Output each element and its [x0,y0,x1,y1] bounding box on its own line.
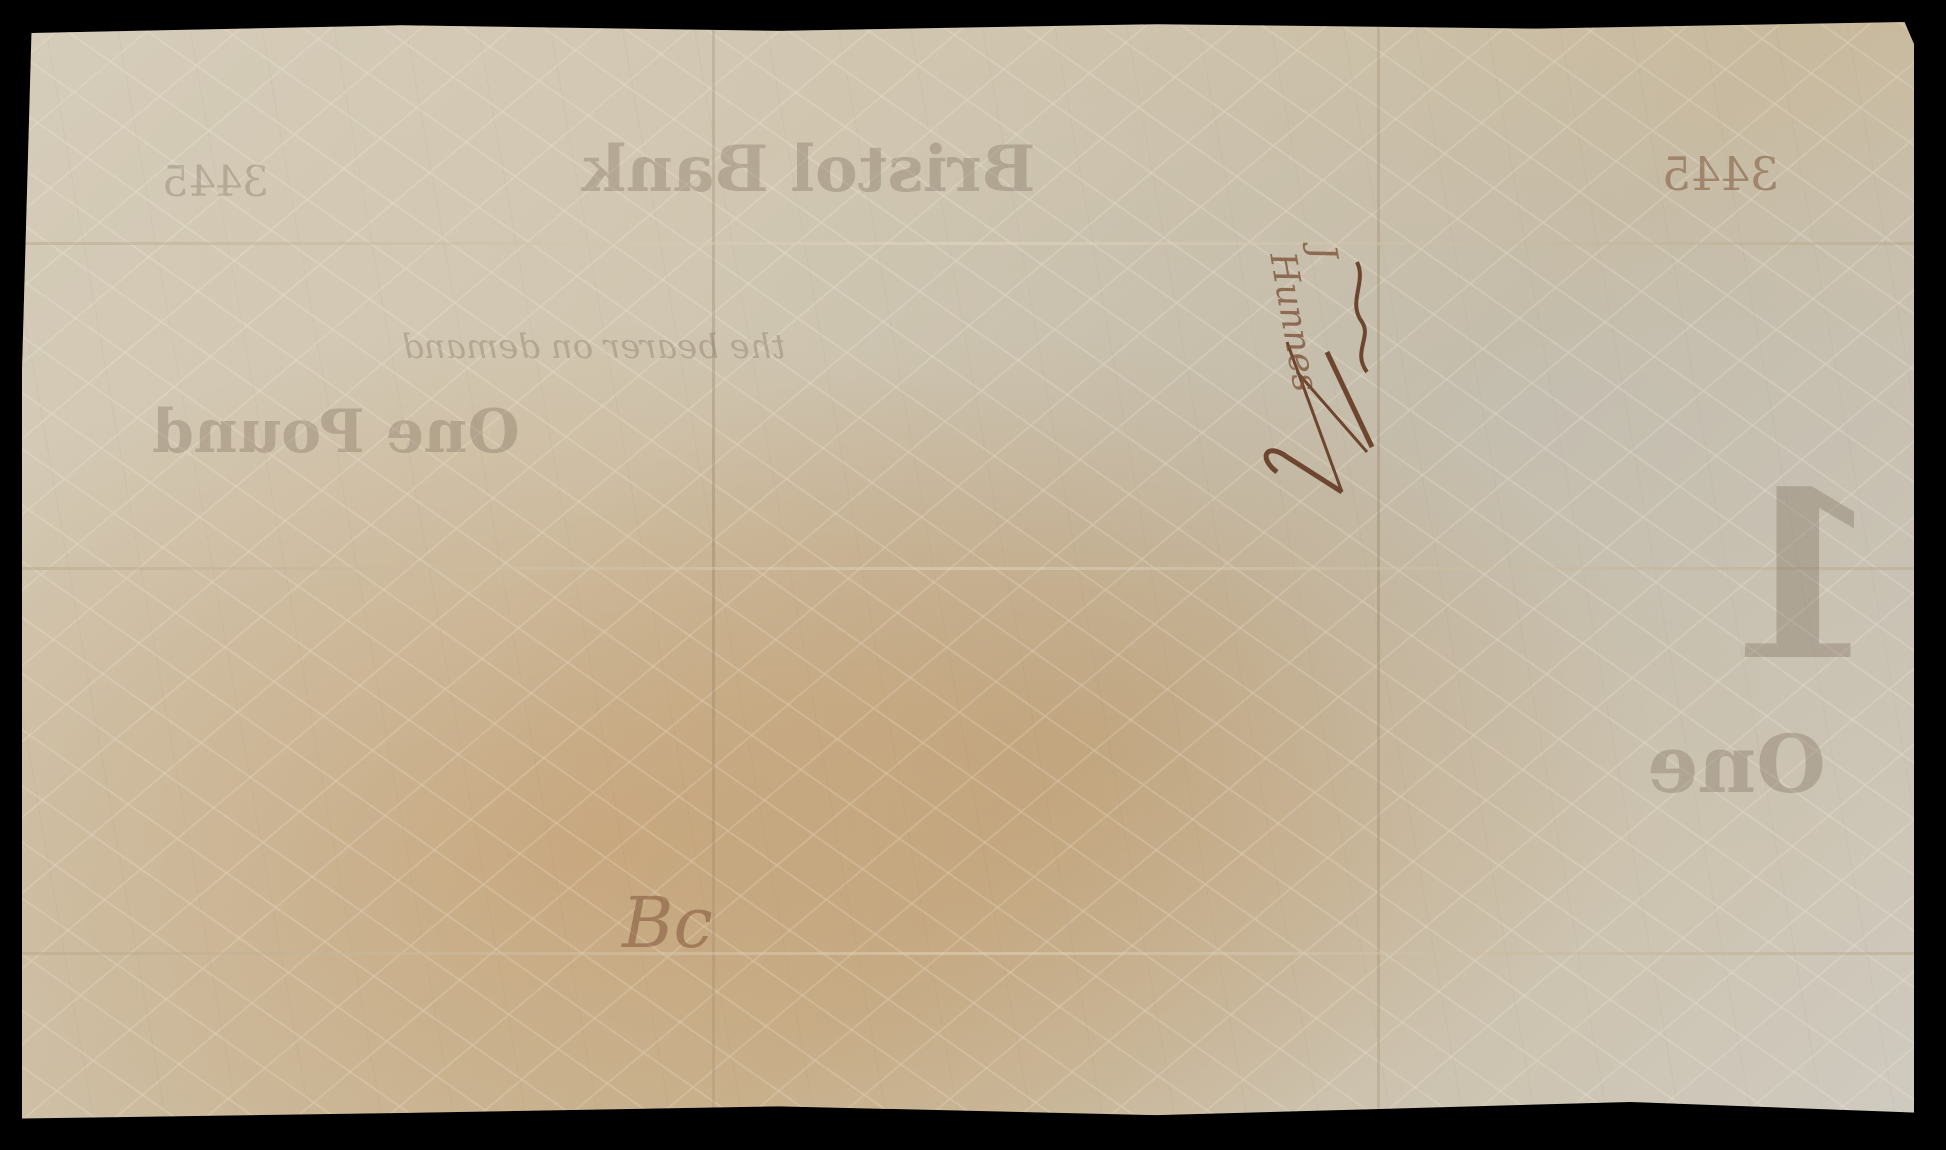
horizontal-fold [22,952,1914,955]
horizontal-fold [22,242,1914,245]
vertical-fold [1377,22,1380,1124]
banknote-reverse: Bristol Bank 3445 3445 the bearer on dem… [22,22,1914,1124]
show-through-serial-left: 3445 [162,157,269,206]
handwritten-signature: J Hunnes [1247,242,1407,502]
show-through-amount: One Pound [152,397,520,467]
show-through-title: Bristol Bank [582,132,1035,207]
show-through-numeral: 1 [1722,442,1882,712]
horizontal-fold [22,567,1914,570]
show-through-serial-right: 3445 [1662,147,1779,201]
show-through-side-word: One [1647,717,1826,811]
lower-ink-flourish: Bc [622,882,713,964]
show-through-promise: the bearer on demand [402,327,785,367]
